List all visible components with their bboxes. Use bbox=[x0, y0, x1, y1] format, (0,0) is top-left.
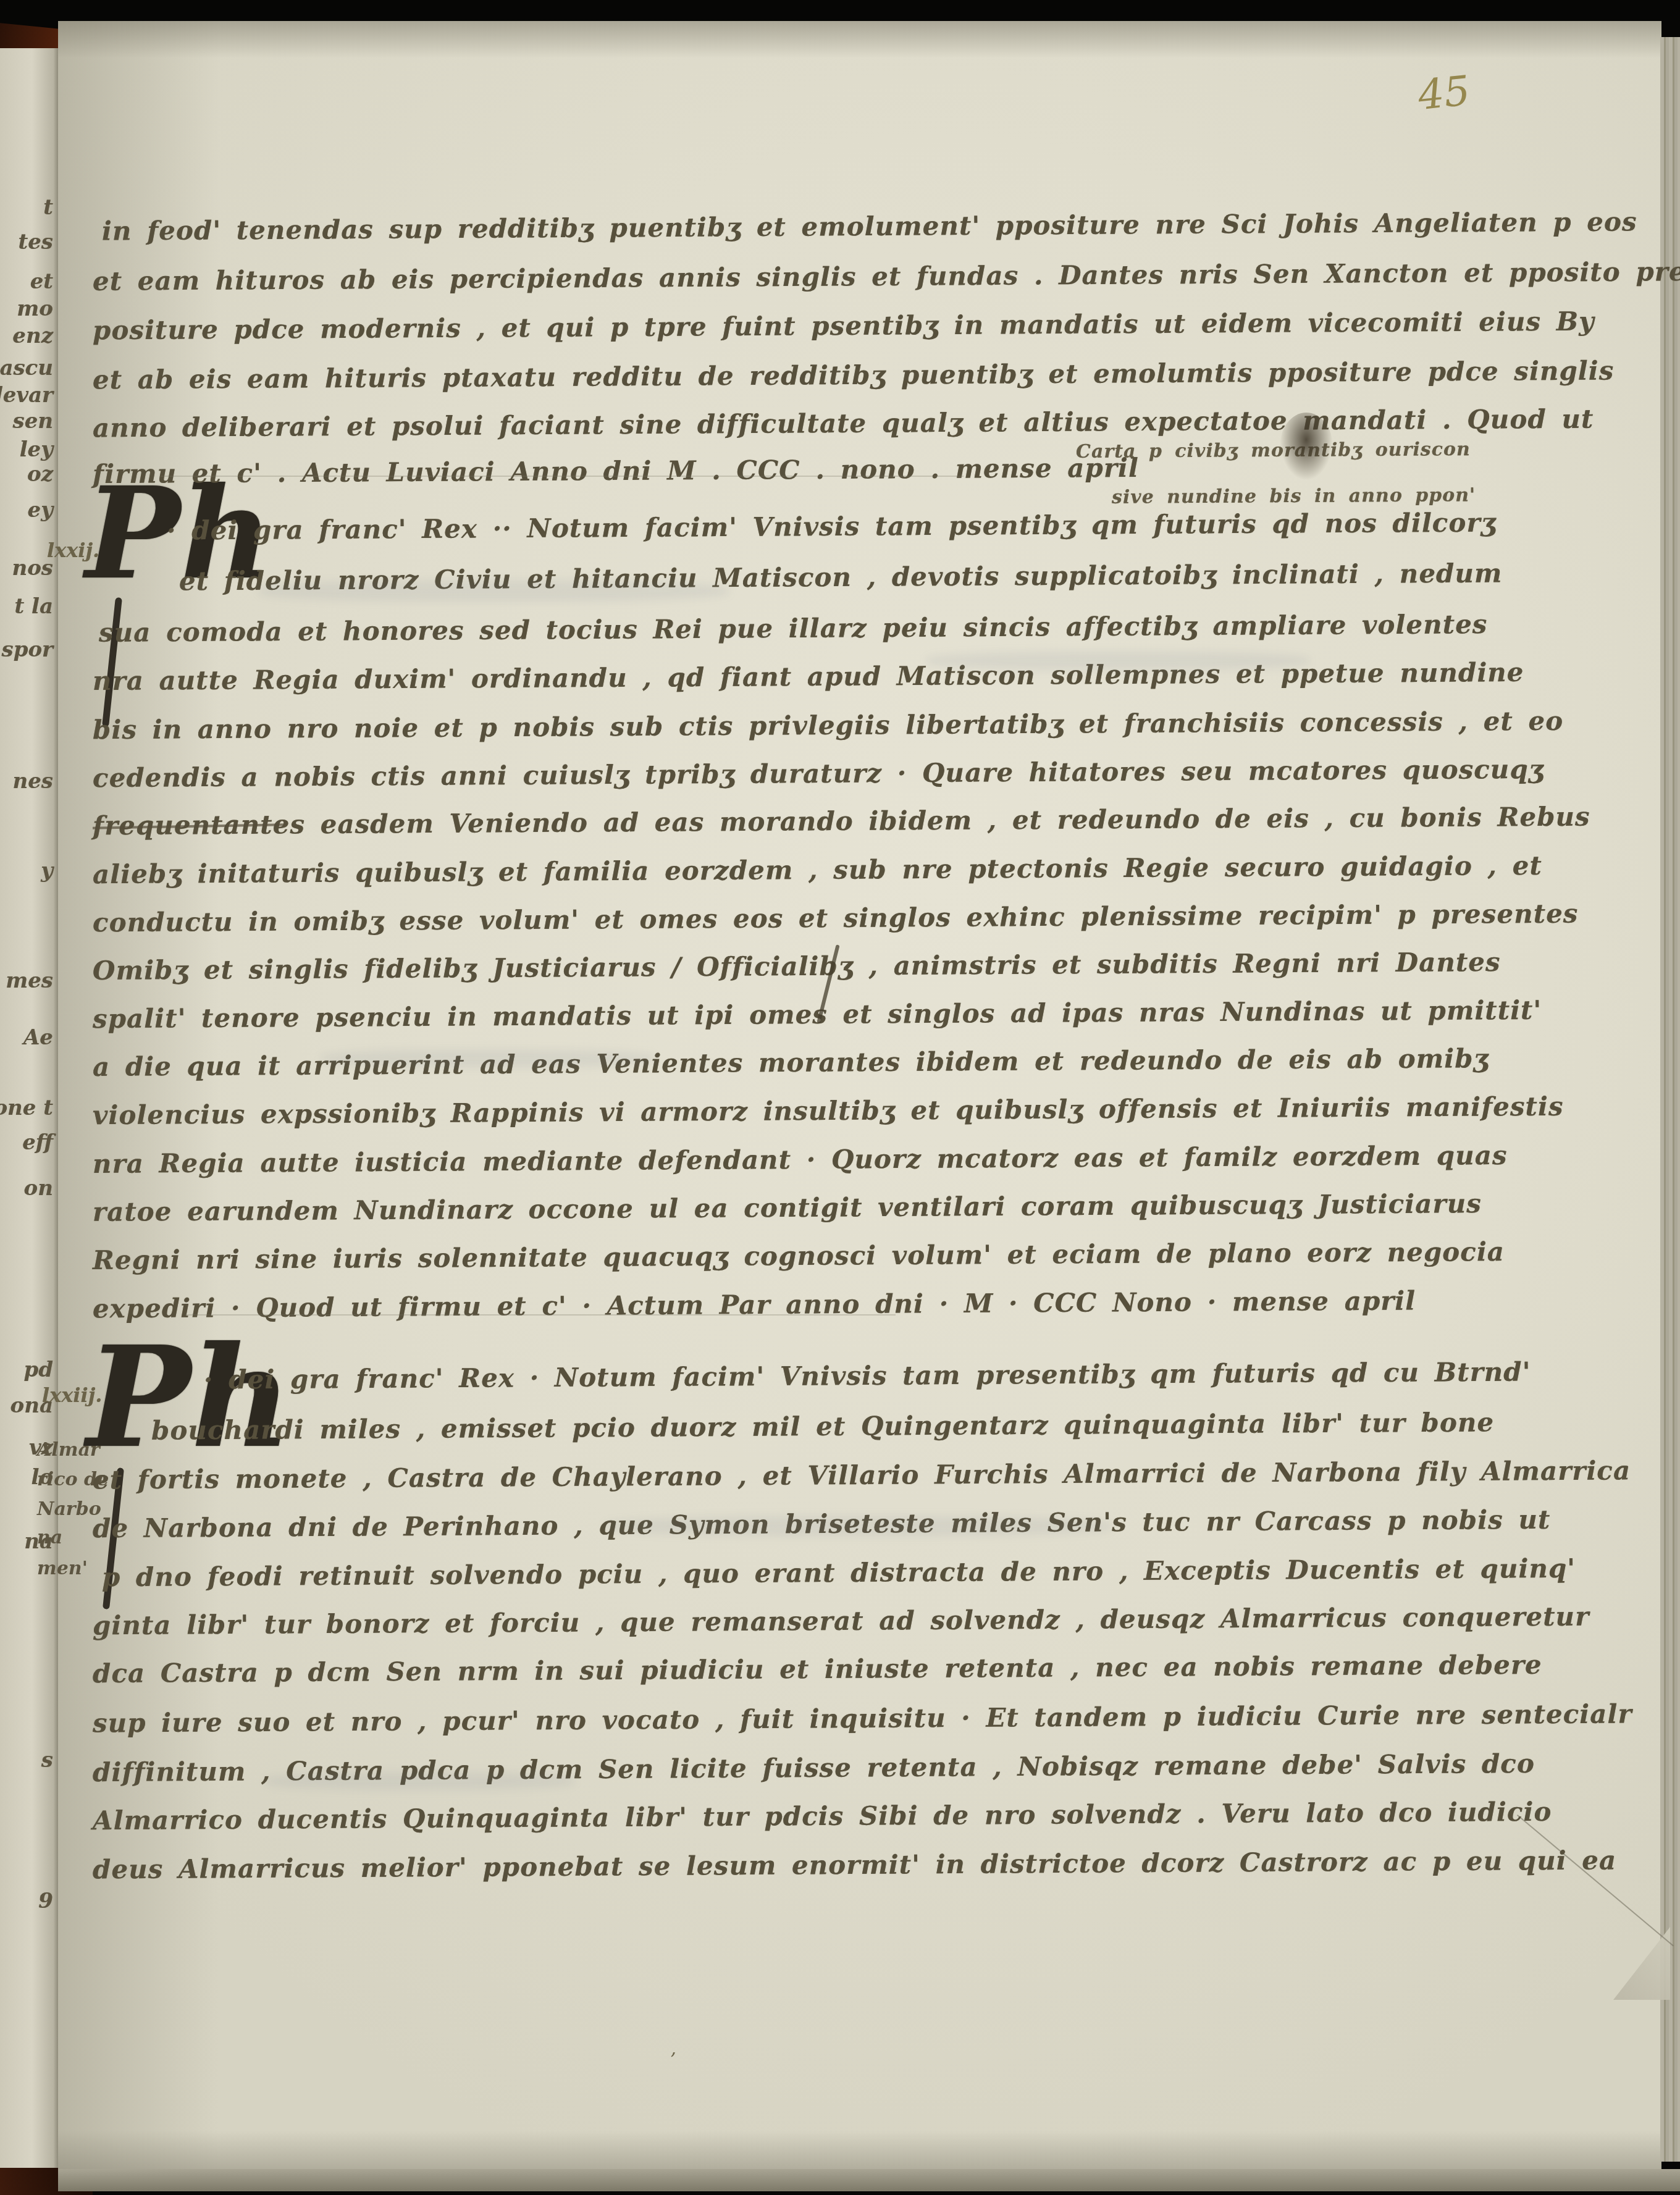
previous-folio-fragment: pd bbox=[23, 1358, 53, 1382]
ink-blot bbox=[1280, 413, 1333, 481]
previous-folio-fragment: ey bbox=[28, 498, 53, 523]
ink-bleed-through bbox=[259, 581, 729, 602]
ink-bleed-through bbox=[605, 1516, 1112, 1536]
previous-folio-fragment: tes bbox=[19, 230, 53, 254]
page-shading bbox=[58, 21, 1661, 58]
stray-pen-mark: ʼ bbox=[670, 2049, 676, 2071]
ruling-line bbox=[185, 1314, 896, 1316]
previous-folio-fragment: t bbox=[43, 195, 53, 220]
interlinear-addition: sive nundine bis in anno ppon' bbox=[1112, 484, 1476, 508]
previous-folio-fragment: sen bbox=[13, 409, 54, 434]
previous-folio-fragment: spor bbox=[1, 637, 53, 662]
previous-folio-fragment: enz bbox=[12, 324, 53, 348]
previous-folio-fragment: mo bbox=[17, 296, 53, 321]
manuscript-line: firmu et c' . Actu Luviaci Anno dni M . … bbox=[93, 453, 1139, 489]
previous-folio-fragment: oz bbox=[27, 462, 53, 487]
margin-word: na bbox=[37, 1527, 62, 1548]
previous-folio-fragment: on bbox=[24, 1176, 53, 1201]
page-shading bbox=[58, 2131, 1661, 2174]
ruling-line bbox=[161, 476, 964, 477]
previous-folio-fragment: mes bbox=[6, 968, 53, 993]
previous-folio-fragment: t la bbox=[15, 594, 54, 619]
ink-bleed-through bbox=[926, 652, 1309, 670]
previous-folio-fragment: nes bbox=[13, 769, 54, 794]
manuscript-photo: ttesetmoenzhascudevarsenleyozeynost lasp… bbox=[0, 0, 1680, 2195]
previous-folio-fragment: devar bbox=[0, 383, 53, 408]
previous-folio-fragment: et bbox=[30, 269, 53, 294]
previous-folio-fragment: s bbox=[41, 1748, 53, 1773]
margin-word: Narbo bbox=[37, 1498, 101, 1520]
page-edge-stack-right bbox=[1660, 37, 1680, 2162]
margin-chapter-number: lxxij. bbox=[47, 539, 99, 562]
previous-folio-fragment: y bbox=[41, 858, 53, 883]
margin-word: men' bbox=[37, 1558, 88, 1579]
margin-word: Almar bbox=[37, 1439, 100, 1461]
previous-folio-fragment: ley bbox=[20, 437, 53, 462]
interlinear-addition: Carta p civibʒ morantibʒ ouriscon bbox=[1076, 439, 1471, 463]
ink-bleed-through bbox=[321, 1050, 655, 1067]
ink-bleed-through bbox=[266, 1773, 574, 1790]
previous-folio-fragment: hascu bbox=[0, 356, 53, 380]
page-edge-stack-bottom bbox=[58, 2169, 1680, 2191]
margin-chapter-number: lxxiij. bbox=[42, 1383, 102, 1407]
previous-folio-fragment: Rone t bbox=[0, 1096, 53, 1120]
previous-folio-fragment: eff bbox=[22, 1130, 53, 1155]
folio-number: 45 bbox=[1416, 67, 1472, 119]
previous-folio-fragment: Ae bbox=[23, 1025, 53, 1050]
previous-folio-edge: ttesetmoenzhascudevarsenleyozeynost lasp… bbox=[0, 48, 58, 2168]
previous-folio-fragment: 9 bbox=[38, 1889, 53, 1913]
